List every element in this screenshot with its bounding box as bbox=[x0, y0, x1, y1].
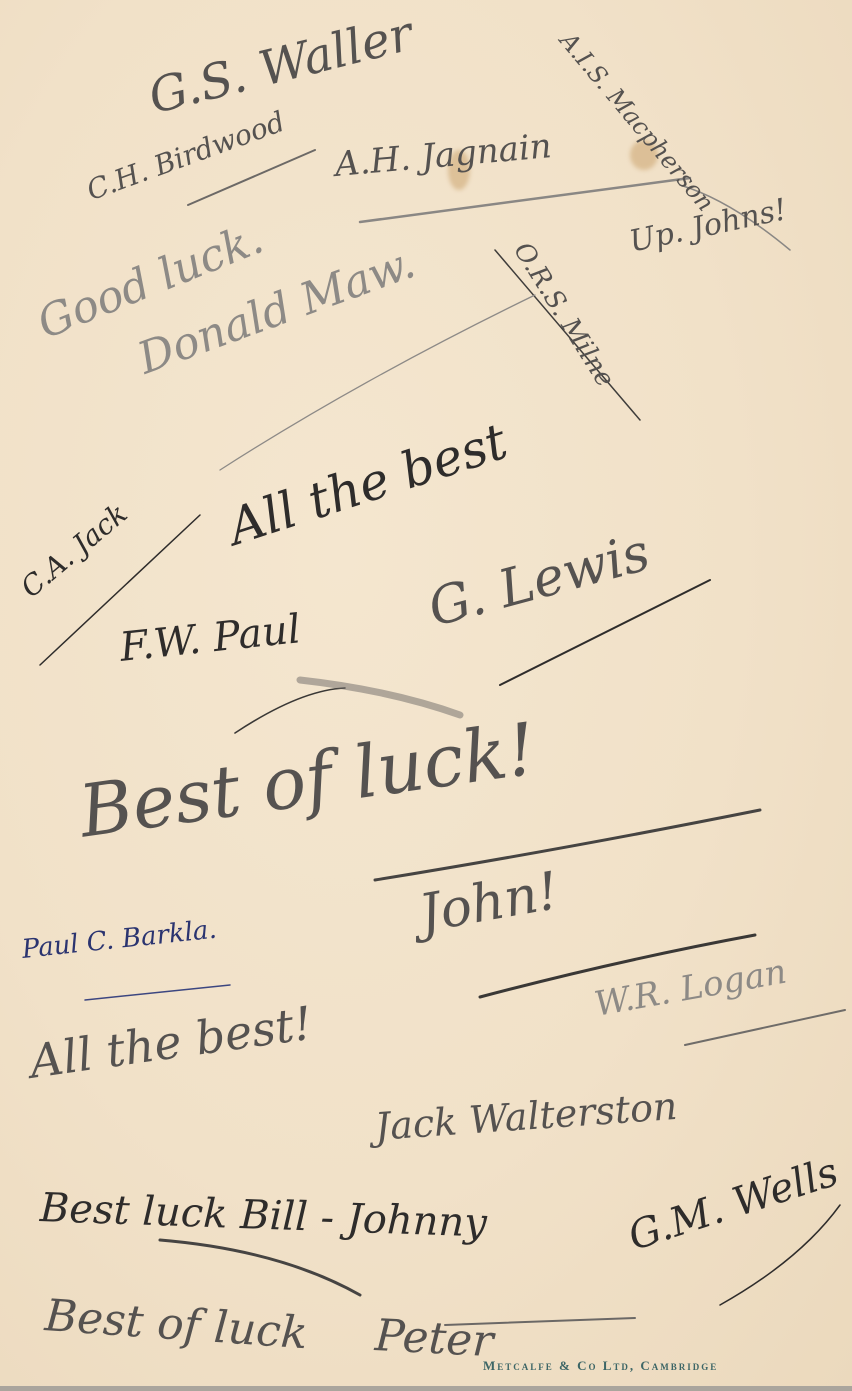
scan-edge bbox=[0, 1386, 852, 1391]
signature-peter: Peter bbox=[374, 1310, 495, 1367]
autograph-card: G.S. Waller A.I.S. Macpherson C.H. Birdw… bbox=[0, 0, 852, 1386]
printer-imprint: Metcalfe & Co Ltd, Cambridge bbox=[483, 1358, 718, 1374]
